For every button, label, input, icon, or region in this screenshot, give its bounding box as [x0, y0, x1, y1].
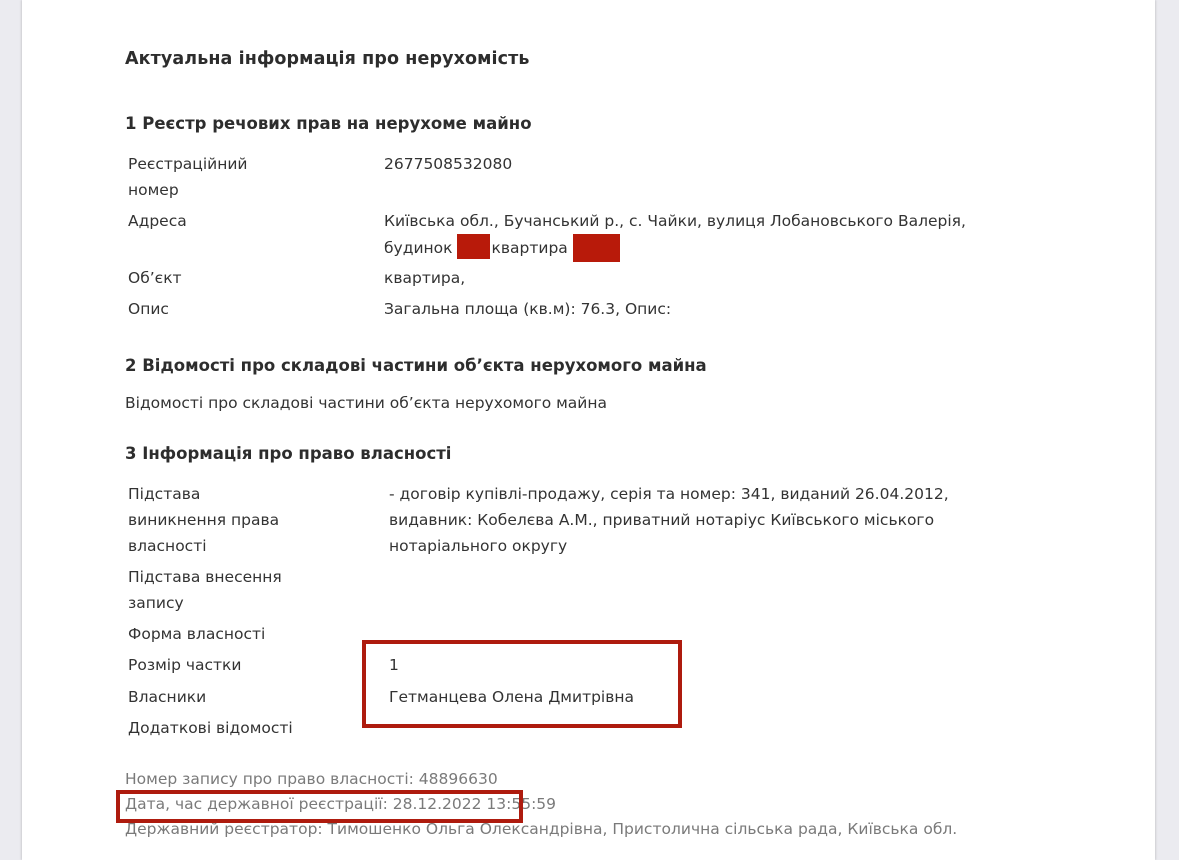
registration-datetime: Дата, час державної реєстрації: 28.12.20… — [125, 795, 556, 813]
document-title: Актуальна інформація про нерухомість — [125, 49, 530, 69]
state-registrar: Державний реєстратор: Тимошенко Ольга Ол… — [125, 820, 957, 838]
field-label: Додаткові відомості — [128, 715, 328, 741]
owners-value: Гетманцева Олена Дмитрівна — [389, 684, 1079, 710]
ownership-basis-value: - договір купівлі-продажу, серія та номе… — [389, 481, 1079, 559]
field-label: Об’єкт — [128, 265, 328, 291]
field-label: Підстава виникнення права власності — [128, 481, 328, 559]
share-size-value: 1 — [389, 652, 1079, 678]
section-2-title: 2 Відомості про складові частини об’єкта… — [125, 356, 707, 375]
field-label: Адреса — [128, 208, 328, 234]
section-3-title: 3 Інформація про право власності — [125, 444, 451, 463]
field-label: Реєстраційний номер — [128, 151, 328, 203]
section-1-title: 1 Реєстр речових прав на нерухоме майно — [125, 114, 532, 133]
field-label: Підстава внесення запису — [128, 564, 328, 616]
field-label: Власники — [128, 684, 328, 710]
record-number: Номер запису про право власності: 488966… — [125, 770, 498, 788]
field-label: Форма власності — [128, 621, 328, 647]
field-label: Опис — [128, 296, 328, 322]
object-value: квартира, — [384, 265, 1074, 291]
redaction-block — [573, 234, 620, 262]
registration-number-value: 2677508532080 — [384, 151, 1074, 177]
description-value: Загальна площа (кв.м): 76.3, Опис: — [384, 296, 1074, 322]
field-label: Розмір частки — [128, 652, 328, 678]
document-page: Актуальна інформація про нерухомість 1 Р… — [22, 0, 1155, 860]
section-2-text: Відомості про складові частини об’єкта н… — [125, 394, 607, 412]
redaction-block — [457, 234, 490, 259]
address-value: Київська обл., Бучанський р., с. Чайки, … — [384, 208, 1074, 262]
